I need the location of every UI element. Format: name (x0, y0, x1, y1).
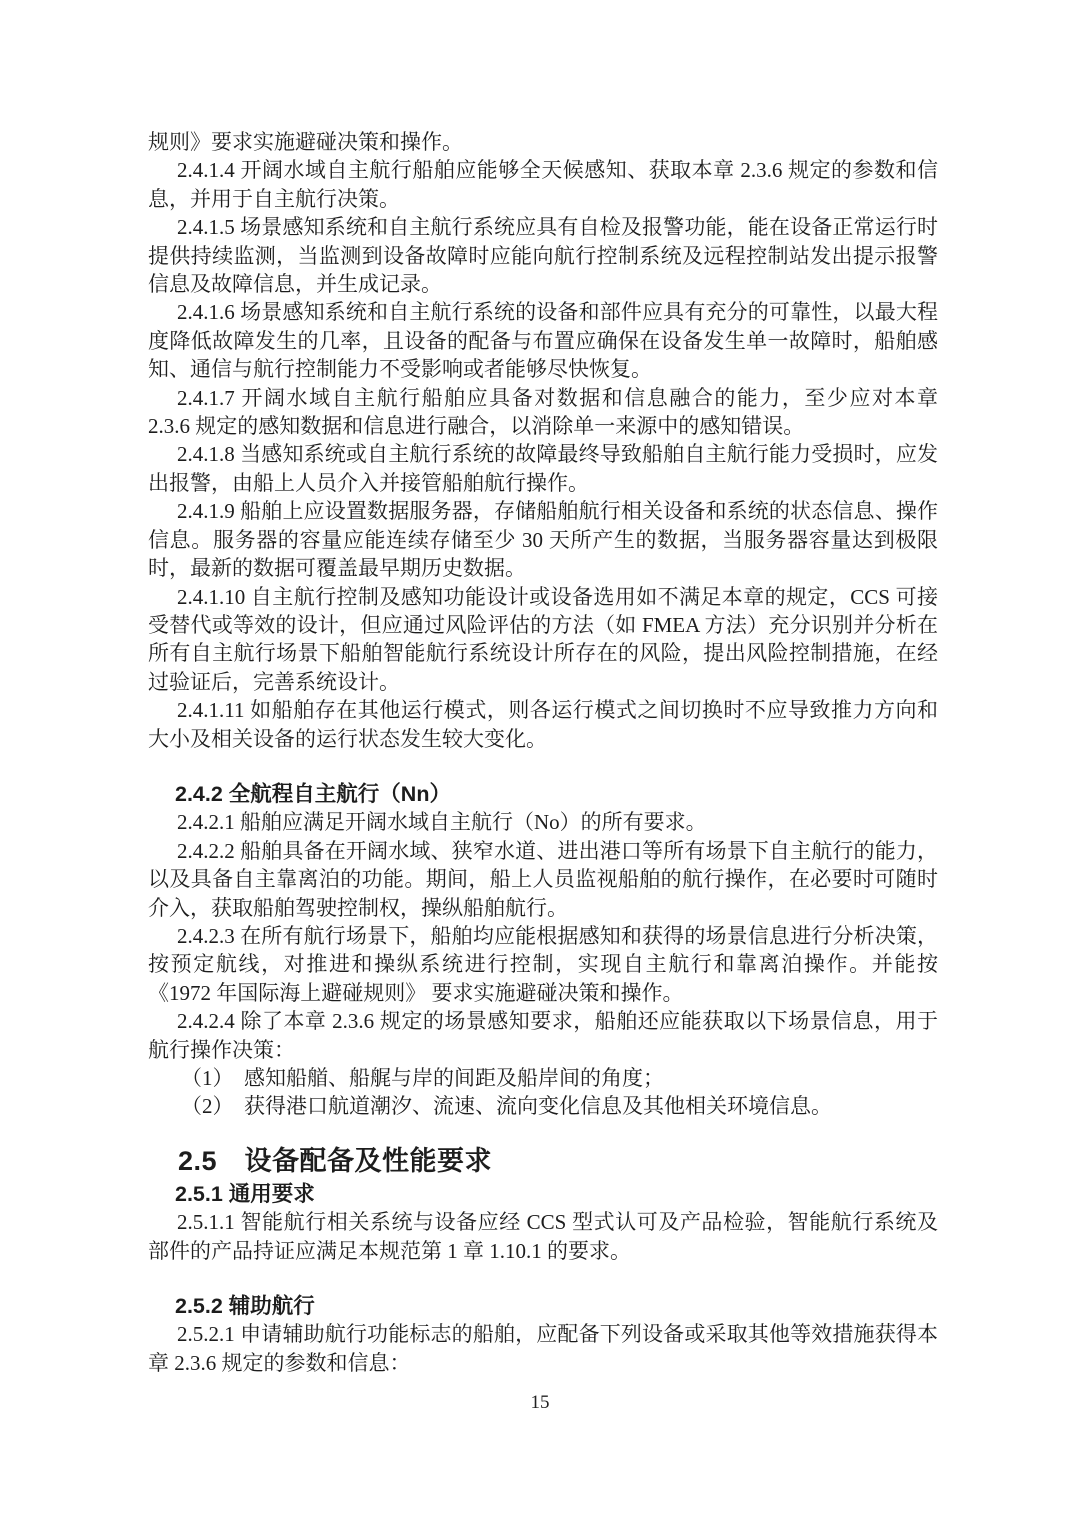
clause-continuation: 规则》要求实施避碰决策和操作。 (148, 128, 938, 156)
list-item-1: （1） 感知船艏、船艉与岸的间距及船岸间的角度； (148, 1064, 938, 1092)
list-item-2: （2） 获得港口航道潮汐、流速、流向变化信息及其他相关环境信息。 (148, 1092, 938, 1120)
clause-2-4-2-4: 2.4.2.4 除了本章 2.3.6 规定的场景感知要求，船舶还应能获取以下场景… (148, 1007, 938, 1064)
heading-2-5-1: 2.5.1 通用要求 (148, 1180, 938, 1208)
clause-2-4-1-8: 2.4.1.8 当感知系统或自主航行系统的故障最终导致船舶自主航行能力受损时，应… (148, 440, 938, 497)
clause-2-4-1-10: 2.4.1.10 自主航行控制及感知功能设计或设备选用如不满足本章的规定，CCS… (148, 583, 938, 697)
clause-2-4-1-11: 2.4.1.11 如船舶存在其他运行模式，则各运行模式之间切换时不应导致推力方向… (148, 696, 938, 753)
document-body: 规则》要求实施避碰决策和操作。2.4.1.4 开阔水域自主航行船舶应能够全天候感… (148, 128, 938, 1377)
clause-2-4-1-9: 2.4.1.9 船舶上应设置数据服务器，存储船舶航行相关设备和系统的状态信息、操… (148, 497, 938, 582)
clause-2-5-2-1: 2.5.2.1 申请辅助航行功能标志的船舶，应配备下列设备或采取其他等效措施获得… (148, 1320, 938, 1377)
heading-2-5-2: 2.5.2 辅助航行 (148, 1292, 938, 1320)
clause-2-4-2-2: 2.4.2.2 船舶具备在开阔水域、狭窄水道、进出港口等所有场景下自主航行的能力… (148, 837, 938, 922)
clause-2-4-2-1: 2.4.2.1 船舶应满足开阔水域自主航行（No）的所有要求。 (148, 808, 938, 836)
heading-2-4-2: 2.4.2 全航程自主航行（Nn） (148, 780, 938, 808)
clause-2-4-2-3: 2.4.2.3 在所有航行场景下，船舶均应能根据感知和获得的场景信息进行分析决策… (148, 922, 938, 1007)
heading-2-5: 2.5 设备配备及性能要求 (148, 1143, 938, 1179)
clause-2-4-1-5: 2.4.1.5 场景感知系统和自主航行系统应具有自检及报警功能，能在设备正常运行… (148, 213, 938, 298)
page-number: 15 (0, 1392, 1080, 1414)
clause-2-4-1-7: 2.4.1.7 开阔水域自主航行船舶应具备对数据和信息融合的能力，至少应对本章 … (148, 384, 938, 441)
document-page: 规则》要求实施避碰决策和操作。2.4.1.4 开阔水域自主航行船舶应能够全天候感… (0, 0, 1080, 1527)
clause-2-4-1-6: 2.4.1.6 场景感知系统和自主航行系统的设备和部件应具有充分的可靠性，以最大… (148, 298, 938, 383)
clause-2-4-1-4: 2.4.1.4 开阔水域自主航行船舶应能够全天候感知、获取本章 2.3.6 规定… (148, 156, 938, 213)
clause-2-5-1-1: 2.5.1.1 智能航行相关系统与设备应经 CCS 型式认可及产品检验，智能航行… (148, 1208, 938, 1265)
